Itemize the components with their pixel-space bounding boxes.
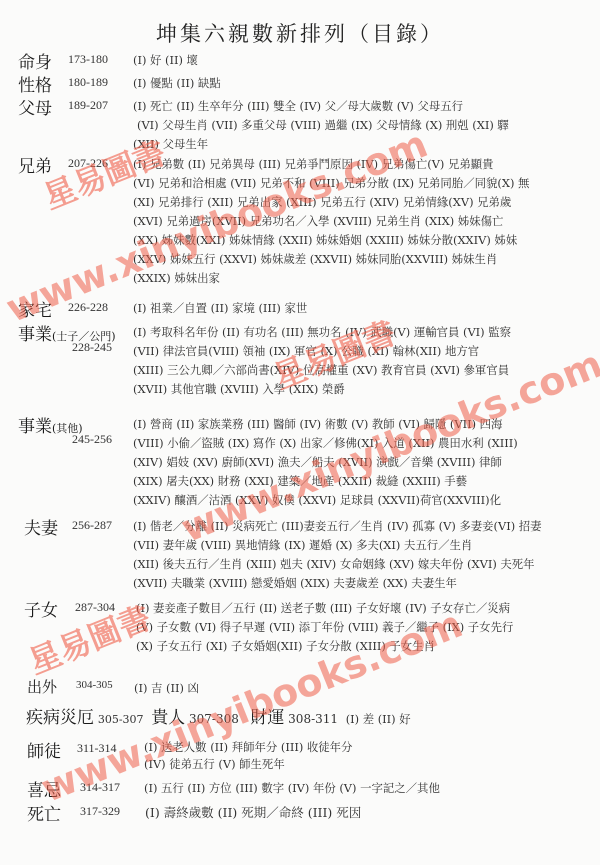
entry-line: (XII) 後夫五行／生肖 (XIII) 剋夫 (XIV) 女命姻緣 (XV) … — [133, 555, 600, 574]
entry-line: (XVII) 其他官職 (XVIII) 入學 (XIX) 榮爵 — [133, 380, 600, 399]
entry-line: (I) 祖業／自置 (II) 家境 (III) 家世 — [133, 299, 600, 318]
entry-line: (XXIX) 姊妹出家 — [133, 269, 600, 288]
page-range: 317-329 — [80, 804, 120, 819]
section-heading: 命身 — [18, 48, 52, 73]
entry-line: (XIX) 屠夫(XX) 財務 (XXI) 建築／地產 (XXII) 裁縫 (X… — [133, 472, 600, 491]
entry-line: (I) 差 (II) 好 — [346, 712, 411, 726]
section-heading: 家宅 — [18, 296, 52, 321]
section-heading-caiyun: 財運 — [250, 708, 284, 728]
page-title: 坤集六親數新排列（目錄） — [0, 18, 600, 48]
section-heading: 喜忌 — [27, 776, 61, 801]
entry-line: (XIII) 三公九卿／六部尚書(XIV) 位高權重 (XV) 教育官員 (XV… — [133, 361, 600, 380]
page-range-caiyun: 308-311 — [288, 712, 338, 726]
entry-line: (XXIV) 釀酒／沽酒 (XXV) 奴僕 (XXVI) 足球員 (XXVII)… — [133, 491, 600, 510]
entry-line: (I) 送老人數 (II) 拜師年分 (III) 收徒年分 — [144, 739, 600, 756]
entry-line: (X) 子女五行 (XI) 子女婚姻(XII) 子女分散 (XIII) 子女生肖 — [136, 637, 600, 656]
entry-line: (I) 吉 (II) 凶 — [134, 679, 600, 698]
page-range: 314-317 — [80, 780, 120, 795]
section-heading: 師徒 — [27, 737, 61, 762]
entry-line: (I) 優點 (II) 缺點 — [133, 74, 600, 93]
page-range: 256-287 — [72, 518, 112, 533]
entry-line: (VII) 律法官員(VIII) 領袖 (IX) 軍官 (X) 公職 (XI) … — [133, 342, 600, 361]
entry-line: (XII) 父母生年 — [133, 135, 600, 154]
section-heading-jibing: 疾病災厄 — [26, 708, 94, 728]
section-heading: 出外 — [27, 676, 57, 697]
page-range-guiren: 307-308 — [189, 712, 239, 726]
entry-line: (I) 偕老／分離 (II) 災病死亡 (III)妻妾五行／生肖 (IV) 孤寡… — [133, 517, 600, 536]
section-heading: 性格 — [18, 71, 52, 96]
section-heading: 子女 — [24, 596, 58, 621]
entry-line: (VI) 父母生肖 (VII) 多重父母 (VIII) 過繼 (IX) 父母情緣… — [133, 116, 600, 135]
entry-line: (XVI) 兄弟過房(XVII) 兄弟功名／入學 (XVIII) 兄弟生肖 (X… — [133, 212, 600, 231]
combined-row: 疾病災厄 305-307 貴人 307-308 財運 308-311 (I) 差… — [26, 703, 411, 728]
entry-line: (XVII) 夫職業 (XVIII) 戀愛婚姻 (XIX) 夫妻歲差 (XX) … — [133, 574, 600, 593]
entry-line: (VIII) 小偷／盜賊 (IX) 寫作 (X) 出家／修佛(XI) 入道 (X… — [133, 434, 600, 453]
page-range: 287-304 — [75, 600, 115, 615]
page-range: 245-256 — [72, 432, 112, 447]
entry-line: (V) 子女數 (VI) 得子早遲 (VII) 添丁年份 (VIII) 義子／繼… — [136, 618, 600, 637]
page-range: 189-207 — [68, 98, 108, 113]
entry-line: (XX) 姊妹數(XXI) 姊妹情緣 (XXII) 姊妹婚姻 (XXIII) 姊… — [133, 231, 600, 250]
entry-line: (I) 妻妾產子數目／五行 (II) 送老子數 (III) 子女好壞 (IV) … — [136, 599, 600, 618]
page-range: 207-226 — [68, 156, 108, 171]
entry-line: (IV) 徒弟五行 (V) 師生死年 — [144, 756, 600, 773]
entry-line: (I) 壽終歲數 (II) 死期／命終 (III) 死因 — [145, 803, 600, 822]
page-range: 311-314 — [77, 741, 117, 756]
page-range: 228-245 — [72, 340, 112, 355]
entry-line: (VI) 兄弟和洽相處 (VII) 兄弟不和 (VIII) 兄弟分散 (IX) … — [133, 174, 600, 193]
entry-line: (XIV) 娼妓 (XV) 廚師(XVI) 漁夫／船夫 (XVII) 演戲／音樂… — [133, 453, 600, 472]
entry-line: (I) 考取科名年份 (II) 有功名 (III) 無功名 (IV) 武職(V)… — [133, 323, 600, 342]
section-heading: 兄弟 — [18, 152, 52, 177]
page-range: 226-228 — [68, 300, 108, 315]
section-heading-text: 事業 — [18, 325, 52, 345]
section-heading-guiren: 貴人 — [151, 708, 185, 728]
entry-line: (I) 好 (II) 壞 — [133, 51, 600, 70]
entry-line: (XXV) 姊妹五行 (XXVI) 姊妹歲差 (XXVII) 姊妹同胎(XXVI… — [133, 250, 600, 269]
page-range: 180-189 — [68, 75, 108, 90]
section-heading: 夫妻 — [24, 514, 58, 539]
entry-line: (I) 五行 (II) 方位 (III) 數字 (IV) 年份 (V) 一字記之… — [144, 779, 600, 798]
entry-line: (I) 兄弟數 (II) 兄弟異母 (III) 兄弟爭鬥原因 (IV) 兄弟傷亡… — [133, 155, 600, 174]
section-heading: 死亡 — [27, 800, 61, 825]
entry-line: (VII) 妻年歲 (VIII) 異地情緣 (IX) 遲婚 (X) 多夫(XI)… — [133, 536, 600, 555]
page-range: 173-180 — [68, 52, 108, 67]
section-heading-text: 事業 — [18, 417, 52, 437]
entry-line: (XI) 兄弟排行 (XII) 兄弟出家 (XIII) 兄弟五行 (XIV) 兄… — [133, 193, 600, 212]
page-range-jibing: 305-307 — [98, 713, 144, 726]
entry-line: (I) 死亡 (II) 生卒年分 (III) 雙全 (IV) 父／母大歲數 (V… — [133, 97, 600, 116]
entry-line: (I) 營商 (II) 家族業務 (III) 醫師 (IV) 術數 (V) 教師… — [133, 415, 600, 434]
page-range: 304-305 — [76, 679, 113, 691]
section-heading: 父母 — [18, 94, 52, 119]
